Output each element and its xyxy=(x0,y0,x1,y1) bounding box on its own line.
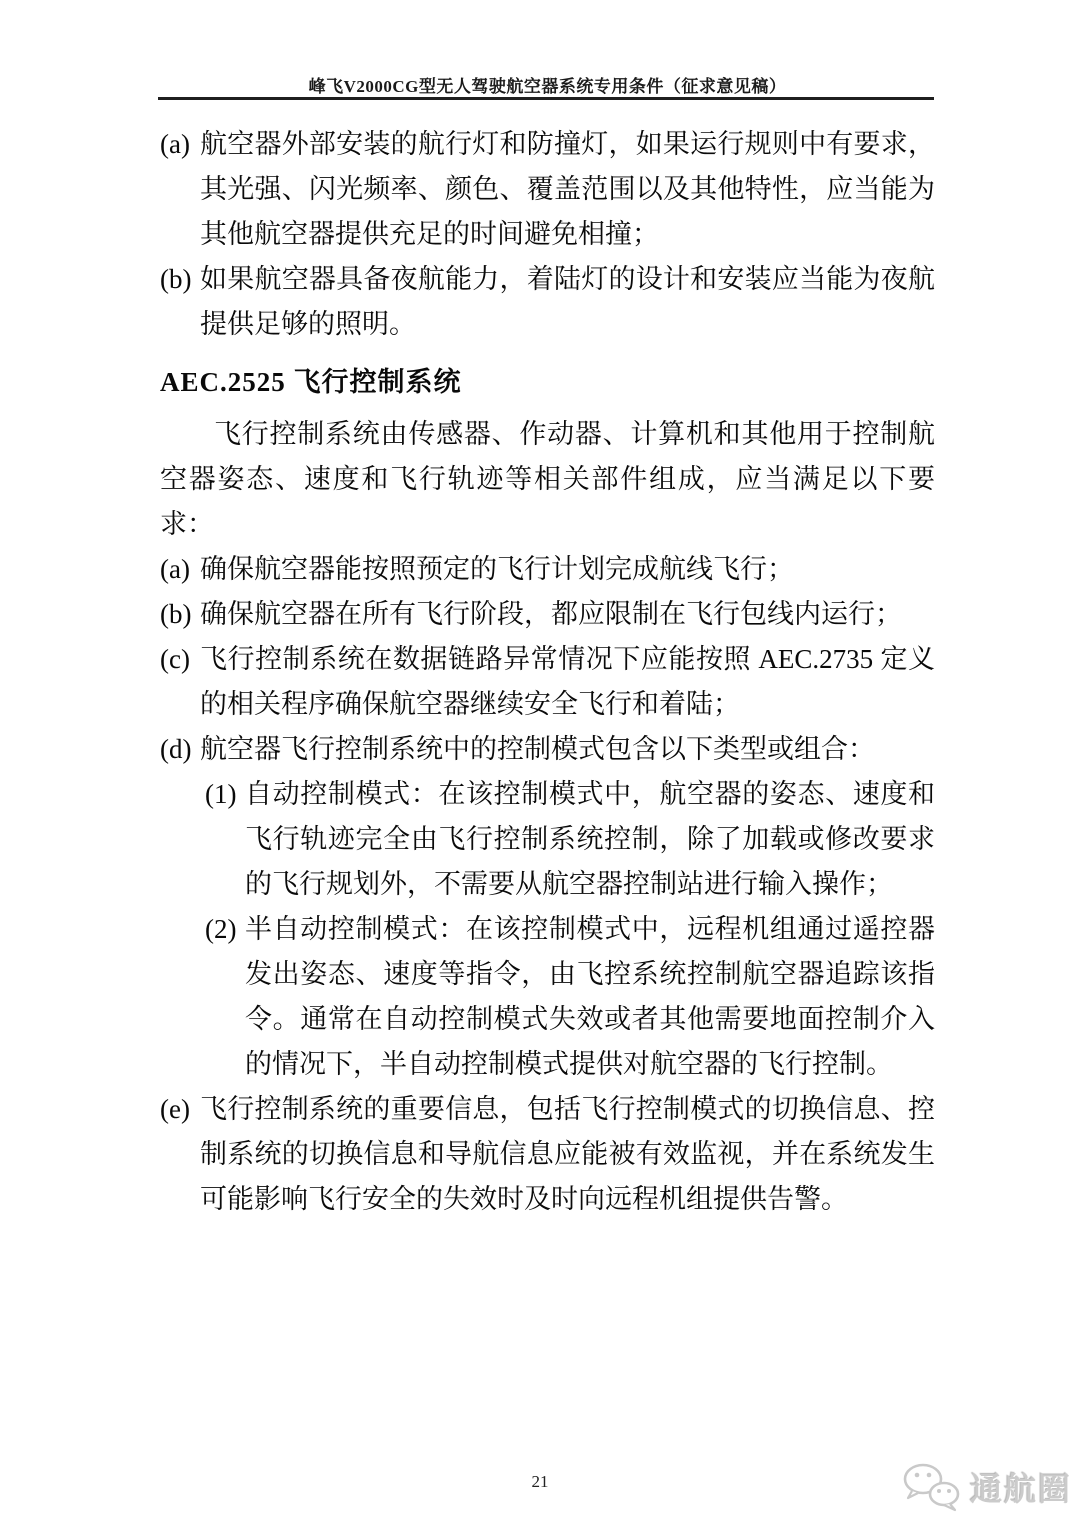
wechat-icon xyxy=(900,1462,962,1512)
list-item-marker: (b) xyxy=(160,592,200,637)
list-item: (e) 飞行控制系统的重要信息，包括飞行控制模式的切换信息、控制系统的切换信息和… xyxy=(160,1087,935,1222)
list-item-marker: (c) xyxy=(160,637,200,727)
sub-list-item-text: 自动控制模式：在该控制模式中，航空器的姿态、速度和飞行轨迹完全由飞行控制系统控制… xyxy=(245,772,935,907)
list-item-text: 确保航空器能按照预定的飞行计划完成航线飞行； xyxy=(200,547,935,592)
header-rule-divider xyxy=(158,97,934,100)
section-heading: AEC.2525 飞行控制系统 xyxy=(160,360,935,405)
list-item-marker: (e) xyxy=(160,1087,200,1222)
sub-list-item-text: 半自动控制模式：在该控制模式中，远程机组通过遥控器发出姿态、速度等指令，由飞控系… xyxy=(245,907,935,1087)
sub-list-item-marker: (1) xyxy=(205,772,245,907)
sub-list-item: (2) 半自动控制模式：在该控制模式中，远程机组通过遥控器发出姿态、速度等指令，… xyxy=(205,907,935,1087)
document-body: (a) 航空器外部安装的航行灯和防撞灯，如果运行规则中有要求，其光强、闪光频率、… xyxy=(160,122,935,1222)
page-header-title: 峰飞V2000CG型无人驾驶航空器系统专用条件（征求意见稿） xyxy=(160,72,935,97)
list-item-marker: (a) xyxy=(160,547,200,592)
document-page: 峰飞V2000CG型无人驾驶航空器系统专用条件（征求意见稿） (a) 航空器外部… xyxy=(0,0,1080,1527)
list-item-marker: (b) xyxy=(160,257,200,347)
watermark: 通航圈 xyxy=(900,1462,1072,1512)
list-item-text: 航空器飞行控制系统中的控制模式包含以下类型或组合： xyxy=(200,727,935,772)
list-item-text: 确保航空器在所有飞行阶段，都应限制在飞行包线内运行； xyxy=(200,592,935,637)
watermark-label: 通航圈 xyxy=(970,1464,1072,1510)
list-item-text: 飞行控制系统的重要信息，包括飞行控制模式的切换信息、控制系统的切换信息和导航信息… xyxy=(200,1087,935,1222)
list-item-text: 如果航空器具备夜航能力，着陆灯的设计和安装应当能为夜航提供足够的照明。 xyxy=(200,257,935,347)
list-item: (a) 航空器外部安装的航行灯和防撞灯，如果运行规则中有要求，其光强、闪光频率、… xyxy=(160,122,935,257)
sub-list-item-marker: (2) xyxy=(205,907,245,1087)
section-intro-paragraph: 飞行控制系统由传感器、作动器、计算机和其他用于控制航空器姿态、速度和飞行轨迹等相… xyxy=(160,412,935,547)
list-item: (c) 飞行控制系统在数据链路异常情况下应能按照 AEC.2735 定义的相关程… xyxy=(160,637,935,727)
list-item: (b) 确保航空器在所有飞行阶段，都应限制在飞行包线内运行； xyxy=(160,592,935,637)
list-item: (a) 确保航空器能按照预定的飞行计划完成航线飞行； xyxy=(160,547,935,592)
sub-list-item: (1) 自动控制模式：在该控制模式中，航空器的姿态、速度和飞行轨迹完全由飞行控制… xyxy=(205,772,935,907)
list-item-text: 飞行控制系统在数据链路异常情况下应能按照 AEC.2735 定义的相关程序确保航… xyxy=(200,637,935,727)
list-item-marker: (d) xyxy=(160,727,200,772)
list-item: (d) 航空器飞行控制系统中的控制模式包含以下类型或组合： xyxy=(160,727,935,772)
list-item-text: 航空器外部安装的航行灯和防撞灯，如果运行规则中有要求，其光强、闪光频率、颜色、覆… xyxy=(200,122,935,257)
list-item-marker: (a) xyxy=(160,122,200,257)
list-item: (b) 如果航空器具备夜航能力，着陆灯的设计和安装应当能为夜航提供足够的照明。 xyxy=(160,257,935,347)
